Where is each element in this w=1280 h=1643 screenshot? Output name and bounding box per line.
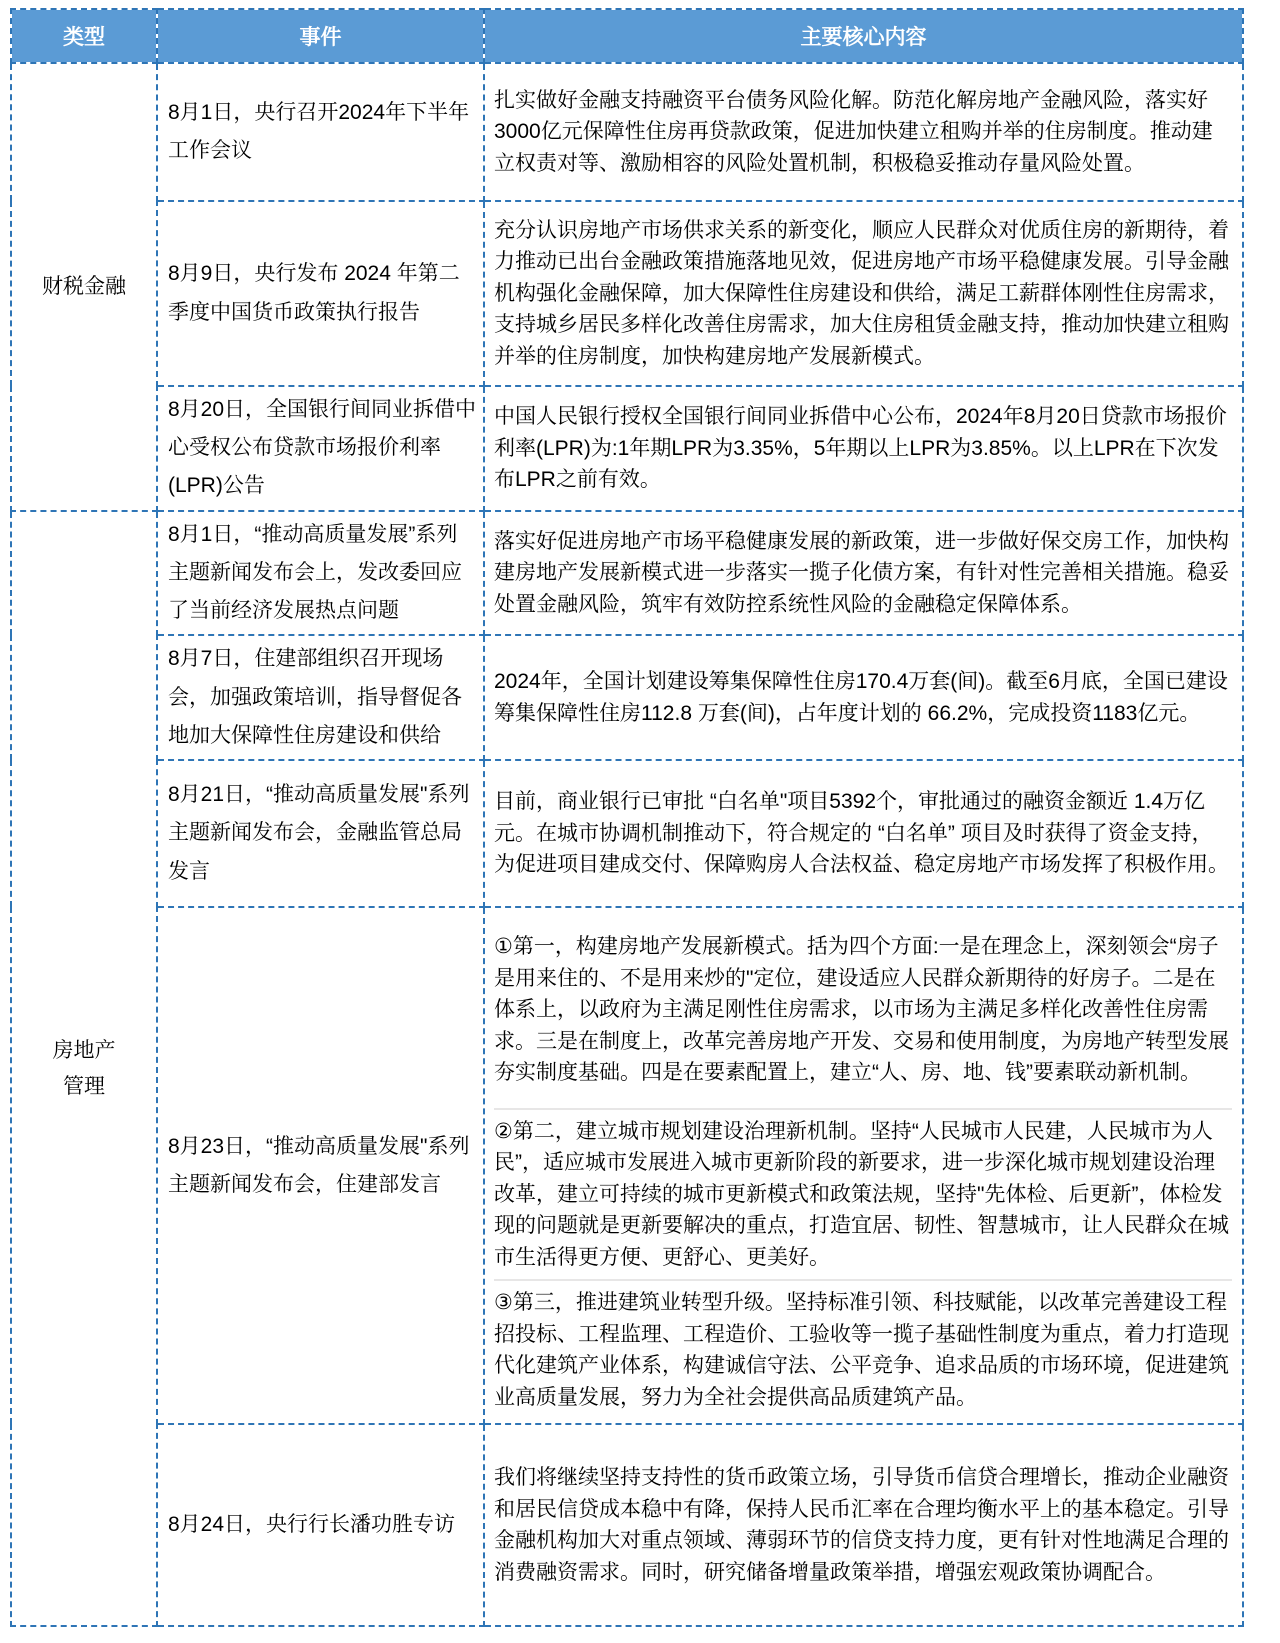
event-cell: 8月20日，全国银行间同业拆借中心受权公布贷款市场报价利率(LPR)公告 (157, 386, 484, 511)
table-row: 8月23日，“推动高质量发展"系列主题新闻发布会，住建部发言 ①第一，构建房地产… (11, 907, 1243, 1425)
content-text: 充分认识房地产市场供求关系的新变化，顺应人民群众对优质住房的新期待，着力推动已出… (494, 209, 1232, 379)
content-cell: 充分认识房地产市场供求关系的新变化，顺应人民群众对优质住房的新期待，着力推动已出… (484, 201, 1243, 386)
content-text: 落实好促进房地产市场平稳健康发展的新政策，进一步做好保交房工作，加快构建房地产发… (494, 520, 1232, 627)
column-header-content: 主要核心内容 (484, 9, 1243, 63)
table-row: 8月7日，住建部组织召开现场会，加强政策培训，指导督促各地加大保障性住房建设和供… (11, 635, 1243, 760)
content-text-point-2: ②第二，建立城市规划建设治理新机制。坚持“人民城市人民建，人民城市为人民”，适应… (494, 1108, 1232, 1280)
header-row: 类型 事件 主要核心内容 (11, 9, 1243, 63)
type-cell-real-estate: 房地产 管理 (11, 511, 157, 1627)
content-text-point-1: ①第一，构建房地产发展新模式。括为四个方面:一是在理念上，深刻领会“房子是用来住… (494, 912, 1232, 1108)
event-cell: 8月1日，“推动高质量发展”系列主题新闻发布会上，发改委回应了当前经济发展热点问… (157, 511, 484, 636)
type-cell-fiscal-finance: 财税金融 (11, 63, 157, 511)
content-text: 中国人民银行授权全国银行间同业拆借中心公布，2024年8月20日贷款市场报价利率… (494, 395, 1232, 502)
column-header-type: 类型 (11, 9, 157, 63)
event-cell: 8月1日，央行召开2024年下半年工作会议 (157, 63, 484, 201)
content-cell: 我们将继续坚持支持性的货币政策立场，引导货币信贷合理增长，推动企业融资和居民信贷… (484, 1424, 1243, 1626)
content-text: 目前，商业银行已审批 “白名单"项目5392个，审批通过的融资金额近 1.4万亿… (494, 780, 1232, 887)
table-row: 财税金融 8月1日，央行召开2024年下半年工作会议 扎实做好金融支持融资平台债… (11, 63, 1243, 201)
content-cell: 中国人民银行授权全国银行间同业拆借中心公布，2024年8月20日贷款市场报价利率… (484, 386, 1243, 511)
event-cell: 8月24日，央行行长潘功胜专访 (157, 1424, 484, 1626)
event-cell: 8月23日，“推动高质量发展"系列主题新闻发布会，住建部发言 (157, 907, 484, 1425)
table-row: 房地产 管理 8月1日，“推动高质量发展”系列主题新闻发布会上，发改委回应了当前… (11, 511, 1243, 636)
event-cell: 8月9日，央行发布 2024 年第二季度中国货币政策执行报告 (157, 201, 484, 386)
column-header-event: 事件 (157, 9, 484, 63)
table-row: 8月24日，央行行长潘功胜专访 我们将继续坚持支持性的货币政策立场，引导货币信贷… (11, 1424, 1243, 1626)
content-text: 我们将继续坚持支持性的货币政策立场，引导货币信贷合理增长，推动企业融资和居民信贷… (494, 1456, 1232, 1594)
content-text: 扎实做好金融支持融资平台债务风险化解。防范化解房地产金融风险，落实好 3000亿… (494, 79, 1232, 186)
content-cell: 目前，商业银行已审批 “白名单"项目5392个，审批通过的融资金额近 1.4万亿… (484, 760, 1243, 907)
table-row: 8月9日，央行发布 2024 年第二季度中国货币政策执行报告 充分认识房地产市场… (11, 201, 1243, 386)
content-cell: 扎实做好金融支持融资平台债务风险化解。防范化解房地产金融风险，落实好 3000亿… (484, 63, 1243, 201)
content-text-point-3: ③第三，推进建筑业转型升级。坚持标准引领、科技赋能，以改革完善建设工程招投标、工… (494, 1279, 1232, 1419)
content-cell: ①第一，构建房地产发展新模式。括为四个方面:一是在理念上，深刻领会“房子是用来住… (484, 907, 1243, 1425)
event-cell: 8月21日，“推动高质量发展"系列主题新闻发布会，金融监管总局发言 (157, 760, 484, 907)
event-cell: 8月7日，住建部组织召开现场会，加强政策培训，指导督促各地加大保障性住房建设和供… (157, 635, 484, 760)
table-row: 8月21日，“推动高质量发展"系列主题新闻发布会，金融监管总局发言 目前，商业银… (11, 760, 1243, 907)
content-cell: 落实好促进房地产市场平稳健康发展的新政策，进一步做好保交房工作，加快构建房地产发… (484, 511, 1243, 636)
table-row: 8月20日，全国银行间同业拆借中心受权公布贷款市场报价利率(LPR)公告 中国人… (11, 386, 1243, 511)
policy-table: 类型 事件 主要核心内容 财税金融 8月1日，央行召开2024年下半年工作会议 … (10, 8, 1244, 1627)
content-cell: 2024年，全国计划建设筹集保障性住房170.4万套(间)。截至6月底，全国已建… (484, 635, 1243, 760)
content-text: 2024年，全国计划建设筹集保障性住房170.4万套(间)。截至6月底，全国已建… (494, 660, 1232, 735)
